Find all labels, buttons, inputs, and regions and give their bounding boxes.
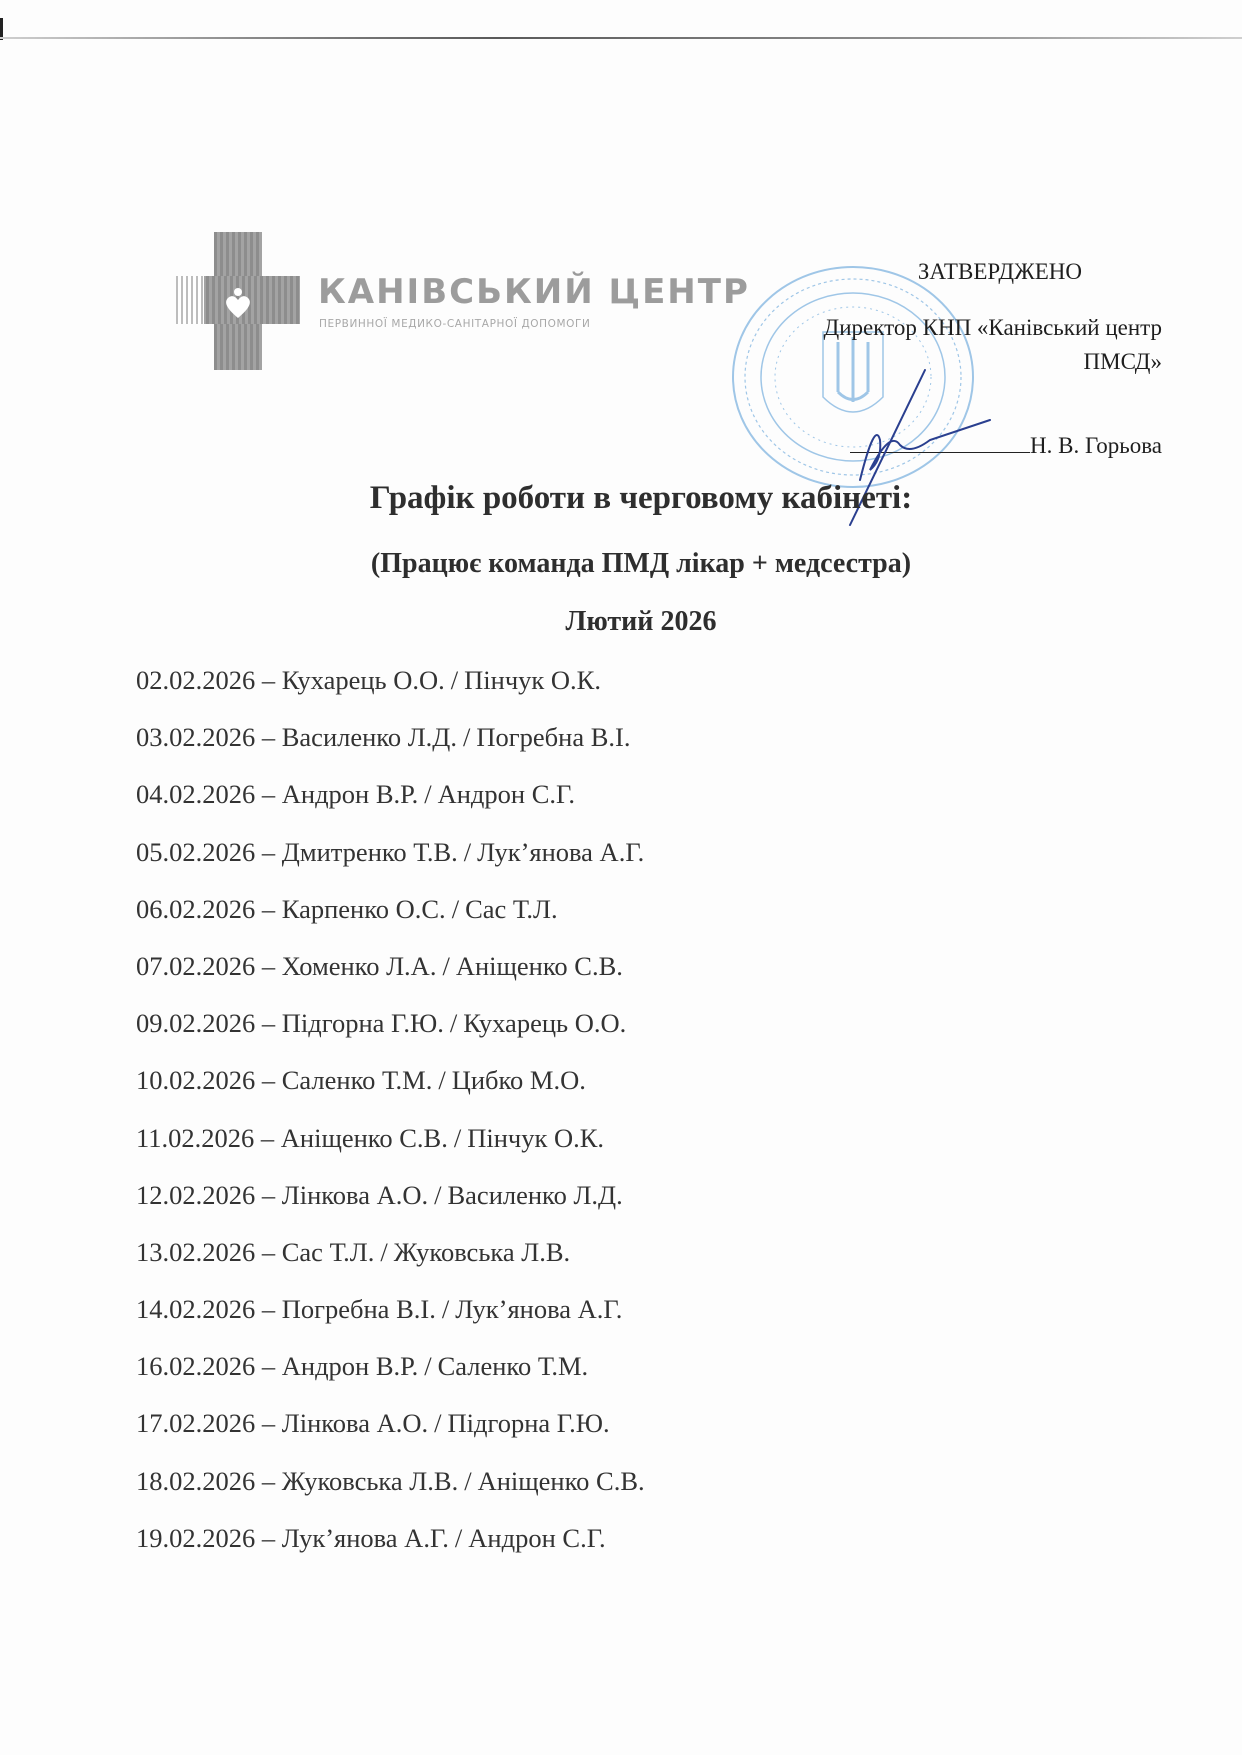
- slash-separator: /: [424, 1351, 431, 1381]
- slash-separator: /: [450, 1008, 457, 1038]
- nurse-name: Андрон С.Г.: [438, 779, 575, 809]
- duty-date: 16.02.2026: [136, 1351, 255, 1381]
- dash-separator: –: [262, 1408, 275, 1438]
- nurse-name: Пінчук О.К.: [464, 665, 601, 695]
- dash-separator: –: [262, 894, 275, 924]
- page-subtitle: (Працює команда ПМД лікар + медсестра): [0, 548, 1242, 580]
- doctor-name: Хоменко Л.А.: [282, 951, 437, 981]
- nurse-name: Сас Т.Л.: [465, 894, 558, 924]
- slash-separator: /: [380, 1237, 387, 1267]
- schedule-entry: 13.02.2026 – Сас Т.Л./Жуковська Л.В.: [136, 1232, 645, 1289]
- dash-separator: –: [262, 1237, 275, 1267]
- schedule-entry: 17.02.2026 – Лінкова А.О./Підгорна Г.Ю.: [136, 1403, 645, 1460]
- nurse-name: Кухарець О.О.: [463, 1008, 626, 1038]
- dash-separator: –: [262, 1351, 275, 1381]
- logo-subtitle: ПЕРВИННОЇ МЕДИКО-САНІТАРНОЇ ДОПОМОГИ: [319, 318, 591, 330]
- nurse-name: Саленко Т.М.: [438, 1351, 589, 1381]
- schedule-entry: 04.02.2026 – Андрон В.Р./Андрон С.Г.: [136, 774, 645, 831]
- doctor-name: Погребна В.І.: [282, 1294, 436, 1324]
- duty-date: 12.02.2026: [136, 1180, 255, 1210]
- logo-title: КАНІВСЬКИЙ ЦЕНТР: [318, 272, 750, 312]
- dash-separator: –: [262, 1466, 275, 1496]
- schedule-entry: 19.02.2026 – Лук’янова А.Г./Андрон С.Г.: [136, 1518, 645, 1575]
- doctor-name: Кухарець О.О.: [282, 665, 445, 695]
- schedule-month: Лютий 2026: [0, 606, 1242, 638]
- page-title: Графік роботи в черговому кабінеті:: [0, 480, 1242, 517]
- slash-separator: /: [464, 837, 471, 867]
- approved-title: ЗАТВЕРДЖЕНО: [918, 256, 1082, 288]
- schedule-entry: 03.02.2026 – Василенко Л.Д./Погребна В.І…: [136, 717, 645, 774]
- doctor-name: Василенко Л.Д.: [282, 722, 457, 752]
- duty-date: 18.02.2026: [136, 1466, 255, 1496]
- dash-separator: –: [262, 722, 275, 752]
- schedule-entry: 18.02.2026 – Жуковська Л.В./Аніщенко С.В…: [136, 1461, 645, 1518]
- dash-separator: –: [262, 1008, 275, 1038]
- nurse-name: Погребна В.І.: [476, 722, 630, 752]
- slash-separator: /: [451, 665, 458, 695]
- slash-separator: /: [434, 1180, 441, 1210]
- doctor-name: Жуковська Л.В.: [282, 1466, 458, 1496]
- doctor-name: Сас Т.Л.: [282, 1237, 375, 1267]
- doctor-name: Саленко Т.М.: [282, 1065, 433, 1095]
- duty-date: 04.02.2026: [136, 779, 255, 809]
- organization-name: ПМСД»: [1084, 346, 1162, 378]
- schedule-entry: 16.02.2026 – Андрон В.Р./Саленко Т.М.: [136, 1346, 645, 1403]
- doctor-name: Карпенко О.С.: [282, 894, 446, 924]
- nurse-name: Підгорна Г.Ю.: [448, 1408, 610, 1438]
- dash-separator: –: [262, 779, 275, 809]
- doctor-name: Дмитренко Т.В.: [282, 837, 458, 867]
- duty-date: 17.02.2026: [136, 1408, 255, 1438]
- organization-logo: КАНІВСЬКИЙ ЦЕНТР ПЕРВИННОЇ МЕДИКО-САНІТА…: [176, 232, 696, 370]
- schedule-entry: 02.02.2026 – Кухарець О.О./Пінчук О.К.: [136, 660, 645, 717]
- duty-date: 14.02.2026: [136, 1294, 255, 1324]
- duty-date: 05.02.2026: [136, 837, 255, 867]
- slash-separator: /: [464, 1466, 471, 1496]
- dash-separator: –: [262, 1065, 275, 1095]
- doctor-name: Андрон В.Р.: [282, 779, 418, 809]
- schedule-entry: 14.02.2026 – Погребна В.І./Лук’янова А.Г…: [136, 1289, 645, 1346]
- nurse-name: Лук’янова А.Г.: [455, 1294, 622, 1324]
- scan-top-line: [0, 37, 1242, 39]
- slash-separator: /: [454, 1123, 461, 1153]
- dash-separator: –: [262, 1180, 275, 1210]
- duty-date: 07.02.2026: [136, 951, 255, 981]
- schedule-entry: 05.02.2026 – Дмитренко Т.В./Лук’янова А.…: [136, 832, 645, 889]
- slash-separator: /: [438, 1065, 445, 1095]
- dash-separator: –: [262, 837, 275, 867]
- schedule-entry: 12.02.2026 – Лінкова А.О./Василенко Л.Д.: [136, 1175, 645, 1232]
- duty-date: 11.02.2026: [136, 1123, 254, 1153]
- dash-separator: –: [262, 1523, 275, 1553]
- schedule-entry: 06.02.2026 – Карпенко О.С./Сас Т.Л.: [136, 889, 645, 946]
- schedule-entry: 09.02.2026 – Підгорна Г.Ю./Кухарець О.О.: [136, 1003, 645, 1060]
- dash-separator: –: [262, 951, 275, 981]
- slash-separator: /: [463, 722, 470, 752]
- slash-separator: /: [455, 1523, 462, 1553]
- slash-separator: /: [424, 779, 431, 809]
- doctor-name: Лук’янова А.Г.: [282, 1523, 449, 1553]
- doctor-name: Підгорна Г.Ю.: [282, 1008, 444, 1038]
- schedule-entry: 07.02.2026 – Хоменко Л.А./Аніщенко С.В.: [136, 946, 645, 1003]
- duty-schedule-list: 02.02.2026 – Кухарець О.О./Пінчук О.К.03…: [136, 660, 645, 1575]
- schedule-entry: 10.02.2026 – Саленко Т.М./Цибко М.О.: [136, 1060, 645, 1117]
- slash-separator: /: [442, 1294, 449, 1324]
- nurse-name: Аніщенко С.В.: [456, 951, 623, 981]
- duty-date: 19.02.2026: [136, 1523, 255, 1553]
- duty-date: 09.02.2026: [136, 1008, 255, 1038]
- slash-separator: /: [442, 951, 449, 981]
- dash-separator: –: [261, 1123, 274, 1153]
- nurse-name: Василенко Л.Д.: [448, 1180, 623, 1210]
- doctor-name: Лінкова А.О.: [282, 1180, 428, 1210]
- nurse-name: Жуковська Л.В.: [394, 1237, 570, 1267]
- nurse-name: Андрон С.Г.: [468, 1523, 605, 1553]
- dash-separator: –: [262, 665, 275, 695]
- duty-date: 02.02.2026: [136, 665, 255, 695]
- nurse-name: Аніщенко С.В.: [478, 1466, 645, 1496]
- director-position: Директор КНП «Канівський центр: [824, 312, 1162, 344]
- nurse-name: Пінчук О.К.: [467, 1123, 604, 1153]
- doctor-name: Аніщенко С.В.: [281, 1123, 448, 1153]
- doctor-name: Андрон В.Р.: [282, 1351, 418, 1381]
- nurse-name: Лук’янова А.Г.: [477, 837, 644, 867]
- doctor-name: Лінкова А.О.: [282, 1408, 428, 1438]
- duty-date: 06.02.2026: [136, 894, 255, 924]
- duty-date: 03.02.2026: [136, 722, 255, 752]
- signatory-name: Н. В. Горьова: [1030, 433, 1162, 458]
- nurse-name: Цибко М.О.: [452, 1065, 586, 1095]
- duty-date: 13.02.2026: [136, 1237, 255, 1267]
- duty-date: 10.02.2026: [136, 1065, 255, 1095]
- slash-separator: /: [434, 1408, 441, 1438]
- dash-separator: –: [262, 1294, 275, 1324]
- slash-separator: /: [452, 894, 459, 924]
- schedule-entry: 11.02.2026 – Аніщенко С.В./Пінчук О.К.: [136, 1118, 645, 1175]
